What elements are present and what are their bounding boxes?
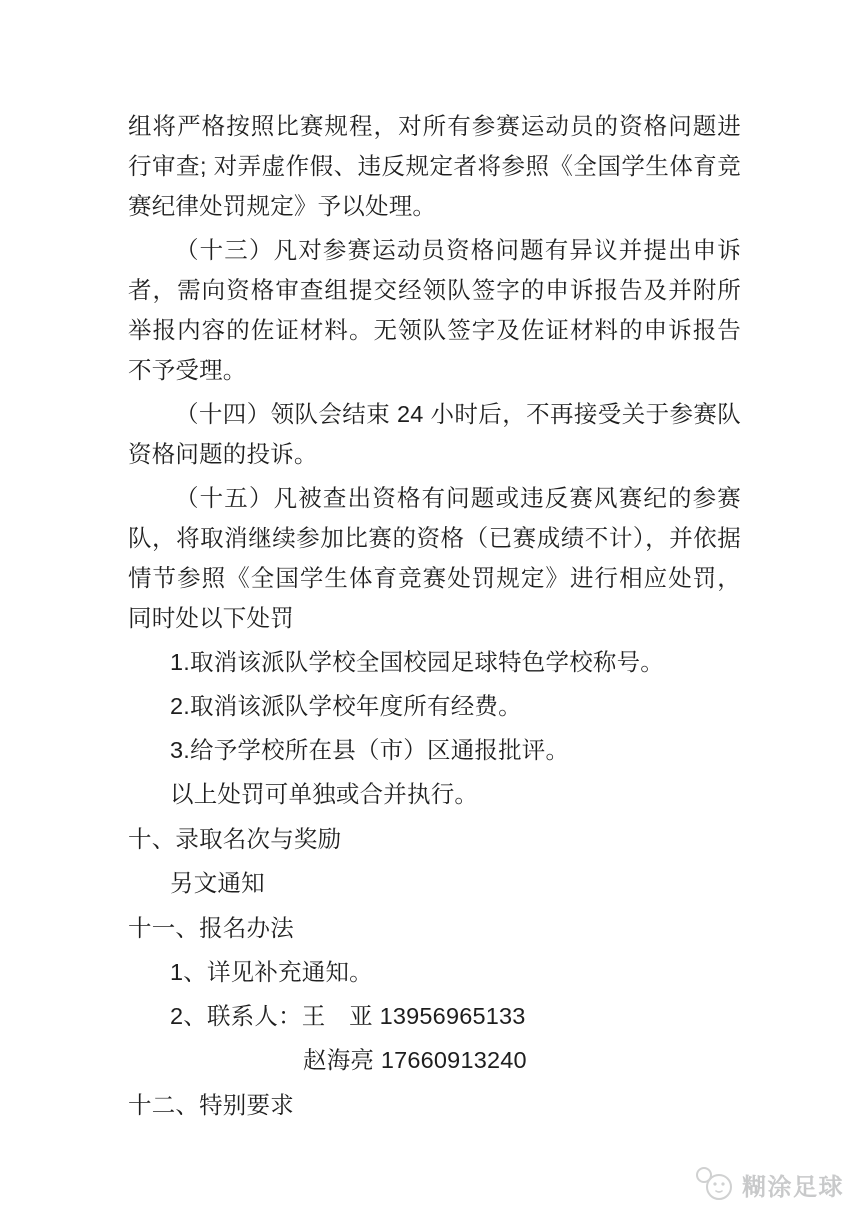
document-page: 组将严格按照比赛规程，对所有参赛运动员的资格问题进行审查; 对弄虚作假、违反规定… bbox=[128, 106, 741, 1125]
section-heading-special-requirements: 十二、特别要求 bbox=[128, 1085, 741, 1125]
body-paragraph-13: （十三）凡对参赛运动员资格问题有异议并提出申诉者，需向资格审查组提交经领队签字的… bbox=[128, 230, 741, 390]
body-paragraph-continuation: 组将严格按照比赛规程，对所有参赛运动员的资格问题进行审查; 对弄虚作假、违反规定… bbox=[128, 106, 741, 226]
contact-line-2: 赵海亮 17660913240 bbox=[128, 1040, 741, 1080]
contact-line-1: 2、联系人：王 亚 13956965133 bbox=[128, 996, 741, 1036]
penalty-note: 以上处罚可单独或合并执行。 bbox=[128, 774, 741, 814]
watermark-label: 糊涂足球 bbox=[742, 1167, 844, 1202]
penalty-list-item-3: 3.给予学校所在县（市）区通报批评。 bbox=[128, 730, 741, 770]
penalty-list-item-2: 2.取消该派队学校年度所有经费。 bbox=[128, 686, 741, 726]
penalty-list-item-1: 1.取消该派队学校全国校园足球特色学校称号。 bbox=[128, 642, 741, 682]
awards-note: 另文通知 bbox=[128, 863, 741, 903]
body-paragraph-14: （十四）领队会结束 24 小时后，不再接受关于参赛队资格问题的投诉。 bbox=[128, 394, 741, 474]
section-heading-awards: 十、录取名次与奖励 bbox=[128, 819, 741, 859]
watermark: 糊涂足球 bbox=[693, 1166, 844, 1202]
body-paragraph-15: （十五）凡被查出资格有问题或违反赛风赛纪的参赛队，将取消继续参加比赛的资格（已赛… bbox=[128, 478, 741, 638]
doodle-face-icon bbox=[693, 1166, 737, 1202]
section-heading-registration: 十一、报名办法 bbox=[128, 908, 741, 948]
registration-item-1: 1、详见补充通知。 bbox=[128, 952, 741, 992]
